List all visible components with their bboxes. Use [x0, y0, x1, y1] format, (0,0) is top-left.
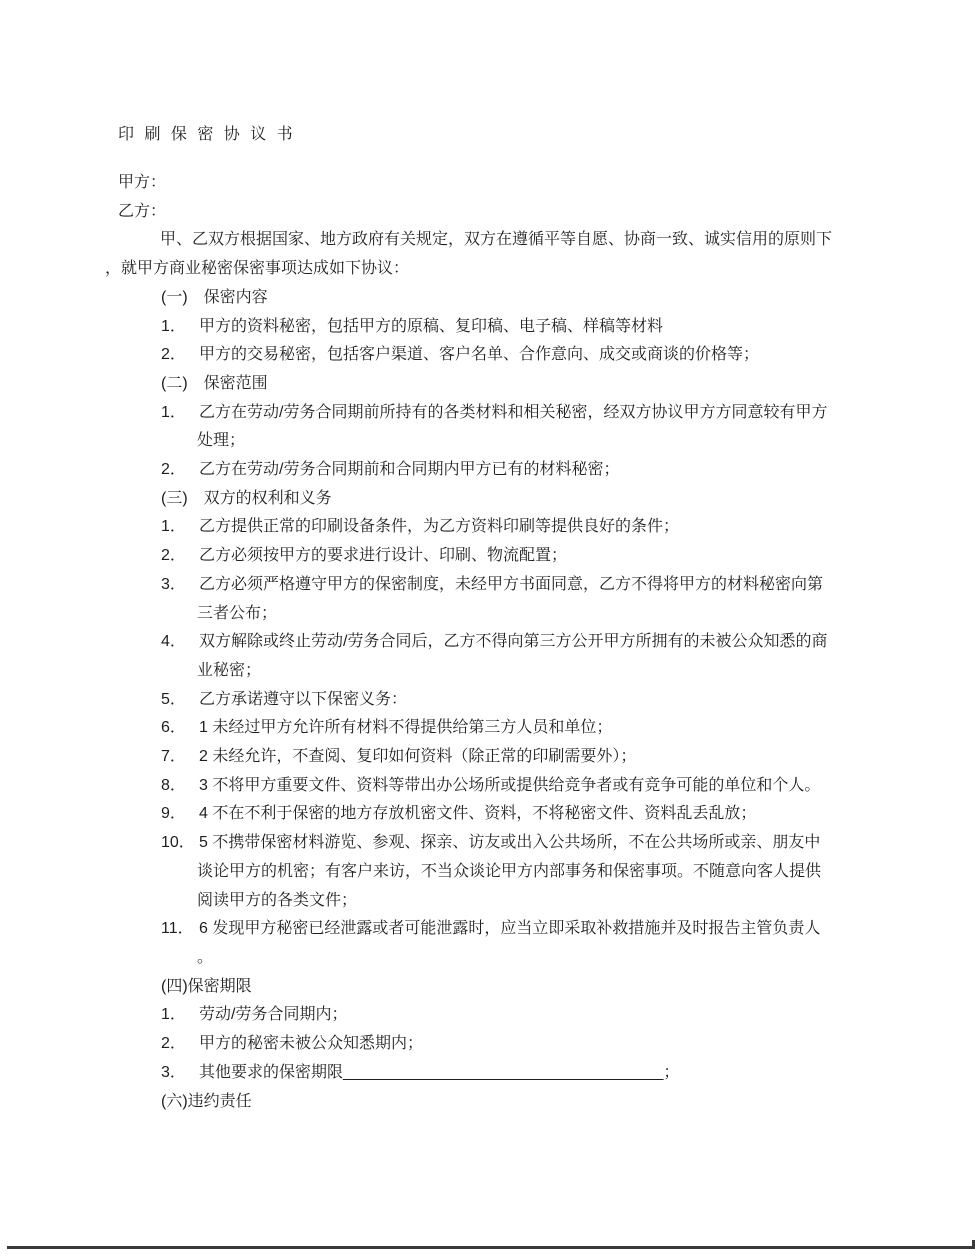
section-heading: (二)保密范围 [118, 370, 955, 399]
list-item-line: 3．乙方必须严格遵守甲方的保密制度，未经甲方书面同意，乙方不得将甲方的材料秘密向… [118, 571, 955, 600]
line-label: 2． [161, 456, 199, 485]
list-item-line: 1．乙方在劳动/劳务合同期前所持有的各类材料和相关秘密，经双方协议甲方方同意较有… [118, 399, 955, 428]
line-text: 3 不将甲方重要文件、资料等带出办公场所或提供给竞争者或有竞争可能的单位和个人。 [199, 772, 820, 801]
line-text: 乙方必须按甲方的要求进行设计、印刷、物流配置； [199, 542, 567, 571]
page-bottom-rule [7, 1246, 975, 1249]
line-label: 2． [161, 542, 199, 571]
line-label: 3． [161, 571, 199, 600]
list-item-line: 2．乙方在劳动/劳务合同期前和合同期内甲方已有的材料秘密； [118, 456, 955, 485]
line-text: 5 不携带保密材料游览、参观、探亲、访友或出入公共场所，不在公共场所或亲、朋友中 [199, 829, 820, 858]
section-heading: (六)违约责任 [118, 1088, 955, 1117]
list-item-line: 1．乙方提供正常的印刷设备条件，为乙方资料印刷等提供良好的条件； [118, 513, 955, 542]
line-text: 6 发现甲方秘密已经泄露或者可能泄露时，应当立即采取补救措施并及时报告主管负责人 [199, 915, 820, 944]
document-page: 印 刷 保 密 协 议 书 甲方：乙方：甲、乙双方根据国家、地方政府有关规定，双… [0, 0, 975, 1258]
line-text: 乙方承诺遵守以下保密义务： [199, 686, 407, 715]
list-item-line: 5．乙方承诺遵守以下保密义务： [118, 686, 955, 715]
list-item-line: 1．甲方的资料秘密，包括甲方的原稿、复印稿、电子稿、样稿等材料 [118, 313, 955, 342]
document-body: 印 刷 保 密 协 议 书 甲方：乙方：甲、乙双方根据国家、地方政府有关规定，双… [118, 120, 955, 1116]
line-label: 9． [161, 800, 199, 829]
line-label: (三) [161, 485, 188, 514]
line-text: 双方的权利和义务 [204, 485, 332, 514]
line-text: 其他要求的保密期限_______________________________… [199, 1059, 679, 1088]
text-line: 谈论甲方的机密；有客户来访，不当众谈论甲方内部事务和保密事项。不随意向客人提供 [118, 858, 955, 887]
line-label: 1． [161, 399, 199, 428]
line-label: 5． [161, 686, 199, 715]
text-line: 三者公布； [118, 600, 955, 629]
line-label: 2． [161, 1030, 199, 1059]
line-label: 1． [161, 1001, 199, 1030]
line-label: (一) [161, 284, 188, 313]
line-text: 甲方的秘密未被公众知悉期内； [199, 1030, 423, 1059]
line-label: 7． [161, 743, 199, 772]
list-item-line: 2．乙方必须按甲方的要求进行设计、印刷、物流配置； [118, 542, 955, 571]
line-text: 违约责任 [188, 1088, 252, 1117]
text-line: 。 [118, 944, 955, 973]
text-line: 乙方： [118, 198, 955, 227]
section-heading: (一)保密内容 [118, 284, 955, 313]
text-line: ，就甲方商业秘密保密事项达成如下协议： [118, 255, 955, 284]
line-text: 乙方在劳动/劳务合同期前所持有的各类材料和相关秘密，经双方协议甲方方同意较有甲方 [199, 399, 827, 428]
line-label: 10． [161, 829, 199, 858]
list-item-line: 2．甲方的交易秘密，包括客户渠道、客户名单、合作意向、成交或商谈的价格等； [118, 341, 955, 370]
text-line: 业秘密； [118, 657, 955, 686]
list-item-line: 10．5 不携带保密材料游览、参观、探亲、访友或出入公共场所，不在公共场所或亲、… [118, 829, 955, 858]
list-item-line: 1．劳动/劳务合同期内； [118, 1001, 955, 1030]
list-item-line: 11．6 发现甲方秘密已经泄露或者可能泄露时，应当立即采取补救措施并及时报告主管… [118, 915, 955, 944]
line-label: 1． [161, 313, 199, 342]
line-label: 6． [161, 714, 199, 743]
text-line: 阅读甲方的各类文件； [118, 887, 955, 916]
line-text: 乙方必须严格遵守甲方的保密制度，未经甲方书面同意，乙方不得将甲方的材料秘密向第 [199, 571, 823, 600]
line-label: (六) [161, 1088, 188, 1117]
line-label: (四) [161, 973, 188, 1002]
line-text: 1 未经过甲方允许所有材料不得提供给第三方人员和单位； [199, 714, 612, 743]
list-item-line: 4．双方解除或终止劳动/劳务合同后，乙方不得向第三方公开甲方所拥有的未被公众知悉… [118, 628, 955, 657]
document-title: 印 刷 保 密 协 议 书 [118, 120, 955, 149]
line-label: 3． [161, 1059, 199, 1088]
line-text: 2 未经允许，不查阅、复印如何资料（除正常的印刷需要外）； [199, 743, 636, 772]
list-item-line: 8．3 不将甲方重要文件、资料等带出办公场所或提供给竞争者或有竞争可能的单位和个… [118, 772, 955, 801]
line-text: 乙方提供正常的印刷设备条件，为乙方资料印刷等提供良好的条件； [199, 513, 679, 542]
text-line: 甲、乙双方根据国家、地方政府有关规定，双方在遵循平等自愿、协商一致、诚实信用的原… [118, 226, 955, 255]
line-label: 1． [161, 513, 199, 542]
line-text: 保密期限 [188, 973, 252, 1002]
line-text: 甲方的交易秘密，包括客户渠道、客户名单、合作意向、成交或商谈的价格等； [199, 341, 759, 370]
list-item-line: 9．4 不在不利于保密的地方存放机密文件、资料，不将秘密文件、资料乱丢乱放； [118, 800, 955, 829]
list-item-line: 3．其他要求的保密期限_____________________________… [118, 1059, 955, 1088]
list-item-line: 2．甲方的秘密未被公众知悉期内； [118, 1030, 955, 1059]
line-text: 劳动/劳务合同期内； [199, 1001, 347, 1030]
line-label: 8． [161, 772, 199, 801]
section-heading: (三)双方的权利和义务 [118, 485, 955, 514]
line-text: 乙方在劳动/劳务合同期前和合同期内甲方已有的材料秘密； [199, 456, 619, 485]
line-text: 保密范围 [204, 370, 268, 399]
line-label: (二) [161, 370, 188, 399]
line-label: 2． [161, 341, 199, 370]
text-line: 处理； [118, 427, 955, 456]
line-text: 双方解除或终止劳动/劳务合同后，乙方不得向第三方公开甲方所拥有的未被公众知悉的商 [199, 628, 827, 657]
line-text: 保密内容 [204, 284, 268, 313]
line-label: 11． [161, 915, 199, 944]
line-label: 4． [161, 628, 199, 657]
line-text: 甲方的资料秘密，包括甲方的原稿、复印稿、电子稿、样稿等材料 [199, 313, 663, 342]
list-item-line: 7．2 未经允许，不查阅、复印如何资料（除正常的印刷需要外）； [118, 743, 955, 772]
list-item-line: 6．1 未经过甲方允许所有材料不得提供给第三方人员和单位； [118, 714, 955, 743]
line-text: 4 不在不利于保密的地方存放机密文件、资料，不将秘密文件、资料乱丢乱放； [199, 800, 756, 829]
section-heading: (四)保密期限 [118, 973, 955, 1002]
document-lines: 甲方：乙方：甲、乙双方根据国家、地方政府有关规定，双方在遵循平等自愿、协商一致、… [118, 169, 955, 1116]
text-line: 甲方： [118, 169, 955, 198]
